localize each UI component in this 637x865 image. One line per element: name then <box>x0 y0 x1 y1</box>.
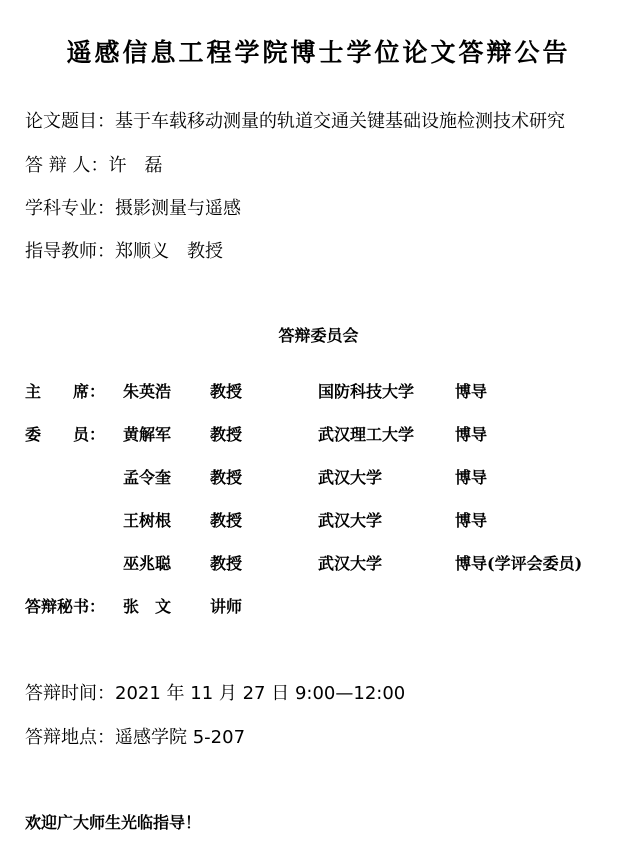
member-title: 教授 <box>210 422 242 445</box>
candidate-row: 答 辩 人：许 磊 <box>25 151 162 177</box>
thesis-value: 基于车载移动测量的轨道交通关键基础设施检测技术研究 <box>115 111 565 132</box>
page-title: 遥感信息工程学院博士学位论文答辩公告 <box>0 33 637 69</box>
place-value: 遥感学院 5-207 <box>115 727 245 748</box>
time-value: 2021 年 11 月 27 日 9:00—12:00 <box>115 683 405 704</box>
member-org: 武汉大学 <box>318 508 382 531</box>
member-title: 教授 <box>210 551 242 574</box>
advisor-value: 郑顺义 教授 <box>115 241 223 262</box>
place-label: 答辩地点： <box>25 727 115 748</box>
time-label: 答辩时间： <box>25 683 115 704</box>
advisor-row: 指导教师：郑顺义 教授 <box>25 237 223 263</box>
member-name: 巫兆聪 <box>123 551 171 574</box>
member-role: 博导 <box>455 422 487 445</box>
member-name: 黄解军 <box>123 422 171 445</box>
member-role: 博导 <box>455 508 487 531</box>
member-org: 武汉理工大学 <box>318 422 414 445</box>
major-value: 摄影测量与遥感 <box>115 198 241 219</box>
major-row: 学科专业：摄影测量与遥感 <box>25 194 241 220</box>
thesis-title-row: 论文题目：基于车载移动测量的轨道交通关键基础设施检测技术研究 <box>25 107 565 133</box>
member-org: 国防科技大学 <box>318 379 414 402</box>
member-name: 孟令奎 <box>123 465 171 488</box>
member-org: 武汉大学 <box>318 551 382 574</box>
thesis-label: 论文题目： <box>25 111 115 132</box>
secretary-title: 讲师 <box>210 594 242 617</box>
member-label: 委 员： <box>25 422 105 445</box>
member-name: 王树根 <box>123 508 171 531</box>
member-title: 教授 <box>210 508 242 531</box>
candidate-label: 答 辩 人： <box>25 155 108 176</box>
closing-text: 欢迎广大师生光临指导！ <box>25 810 201 833</box>
member-title: 教授 <box>210 465 242 488</box>
member-role: 博导 <box>455 379 487 402</box>
member-role: 博导(学评会委员) <box>455 551 582 574</box>
chair-label: 主 席： <box>25 379 105 402</box>
member-org: 武汉大学 <box>318 465 382 488</box>
major-label: 学科专业： <box>25 198 115 219</box>
secretary-label: 答辩秘书： <box>25 594 105 617</box>
member-name: 朱英浩 <box>123 379 171 402</box>
committee-heading: 答辩委员会 <box>0 323 637 346</box>
advisor-label: 指导教师： <box>25 241 115 262</box>
defense-time-row: 答辩时间：2021 年 11 月 27 日 9:00—12:00 <box>25 679 405 705</box>
member-title: 教授 <box>210 379 242 402</box>
candidate-value: 许 磊 <box>108 155 162 176</box>
secretary-name: 张 文 <box>123 594 171 617</box>
member-role: 博导 <box>455 465 487 488</box>
defense-place-row: 答辩地点：遥感学院 5-207 <box>25 723 245 749</box>
